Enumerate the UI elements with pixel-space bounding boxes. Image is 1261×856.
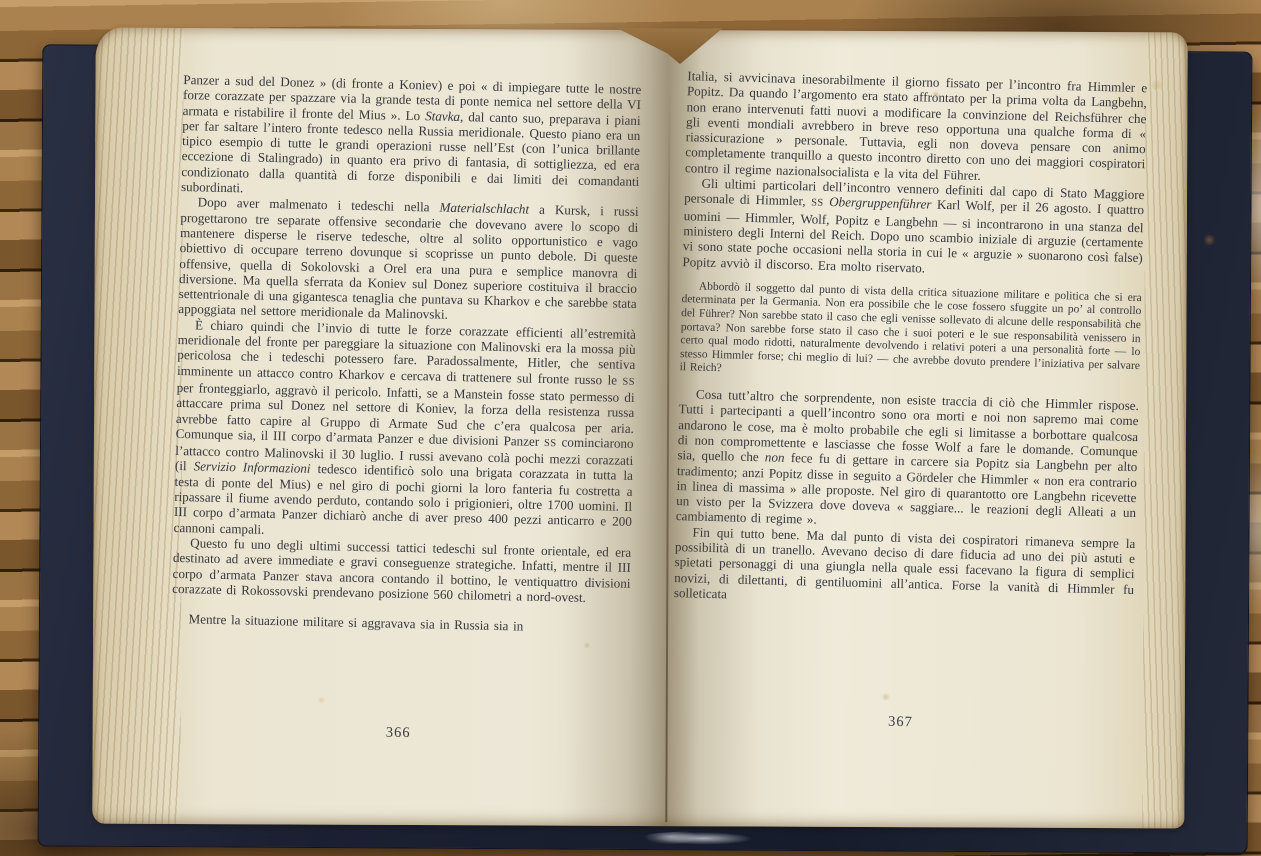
book-paragraph: Fin qui tutto bene. Ma dal punto di vist…	[674, 524, 1136, 612]
book-paragraph: Dopo aver malmenato i tedeschi nella Mat…	[178, 194, 639, 326]
left-page: Panzer a sud del Donez » (di fronte a Ko…	[167, 72, 641, 822]
page-number-right: 367	[670, 708, 1130, 737]
spine-crease-line	[665, 86, 670, 822]
page-spread: Panzer a sud del Donez » (di fronte a Ko…	[92, 28, 1187, 829]
book-paragraph: Italia, si avvicinava inesorabilmente il…	[685, 68, 1148, 187]
page-number-left: 366	[169, 720, 627, 747]
spine-top-notch	[616, 28, 722, 64]
book-paragraph: Gli ultimi particolari dell’incontro ven…	[682, 175, 1144, 281]
book-paragraph: È chiaro quindi che l’invio di tutte le …	[173, 317, 636, 545]
block-quote: Abbordò il soggetto dal punto di vista d…	[680, 280, 1142, 387]
book-paragraph: Questo fu uno degli ultimi successi tatt…	[172, 535, 631, 606]
right-page-edge-stack	[1142, 32, 1187, 828]
book-paragraph: Cosa tutt’altro che sorprendente, non es…	[676, 386, 1139, 536]
right-page: Italia, si avvicinava inesorabilmente il…	[668, 68, 1147, 824]
book-paragraph: Mentre la situazione militare si aggrava…	[171, 611, 629, 636]
book-paragraph: Panzer a sud del Donez » (di fronte a Ko…	[181, 72, 642, 204]
cover-scuff-mark	[639, 831, 769, 846]
